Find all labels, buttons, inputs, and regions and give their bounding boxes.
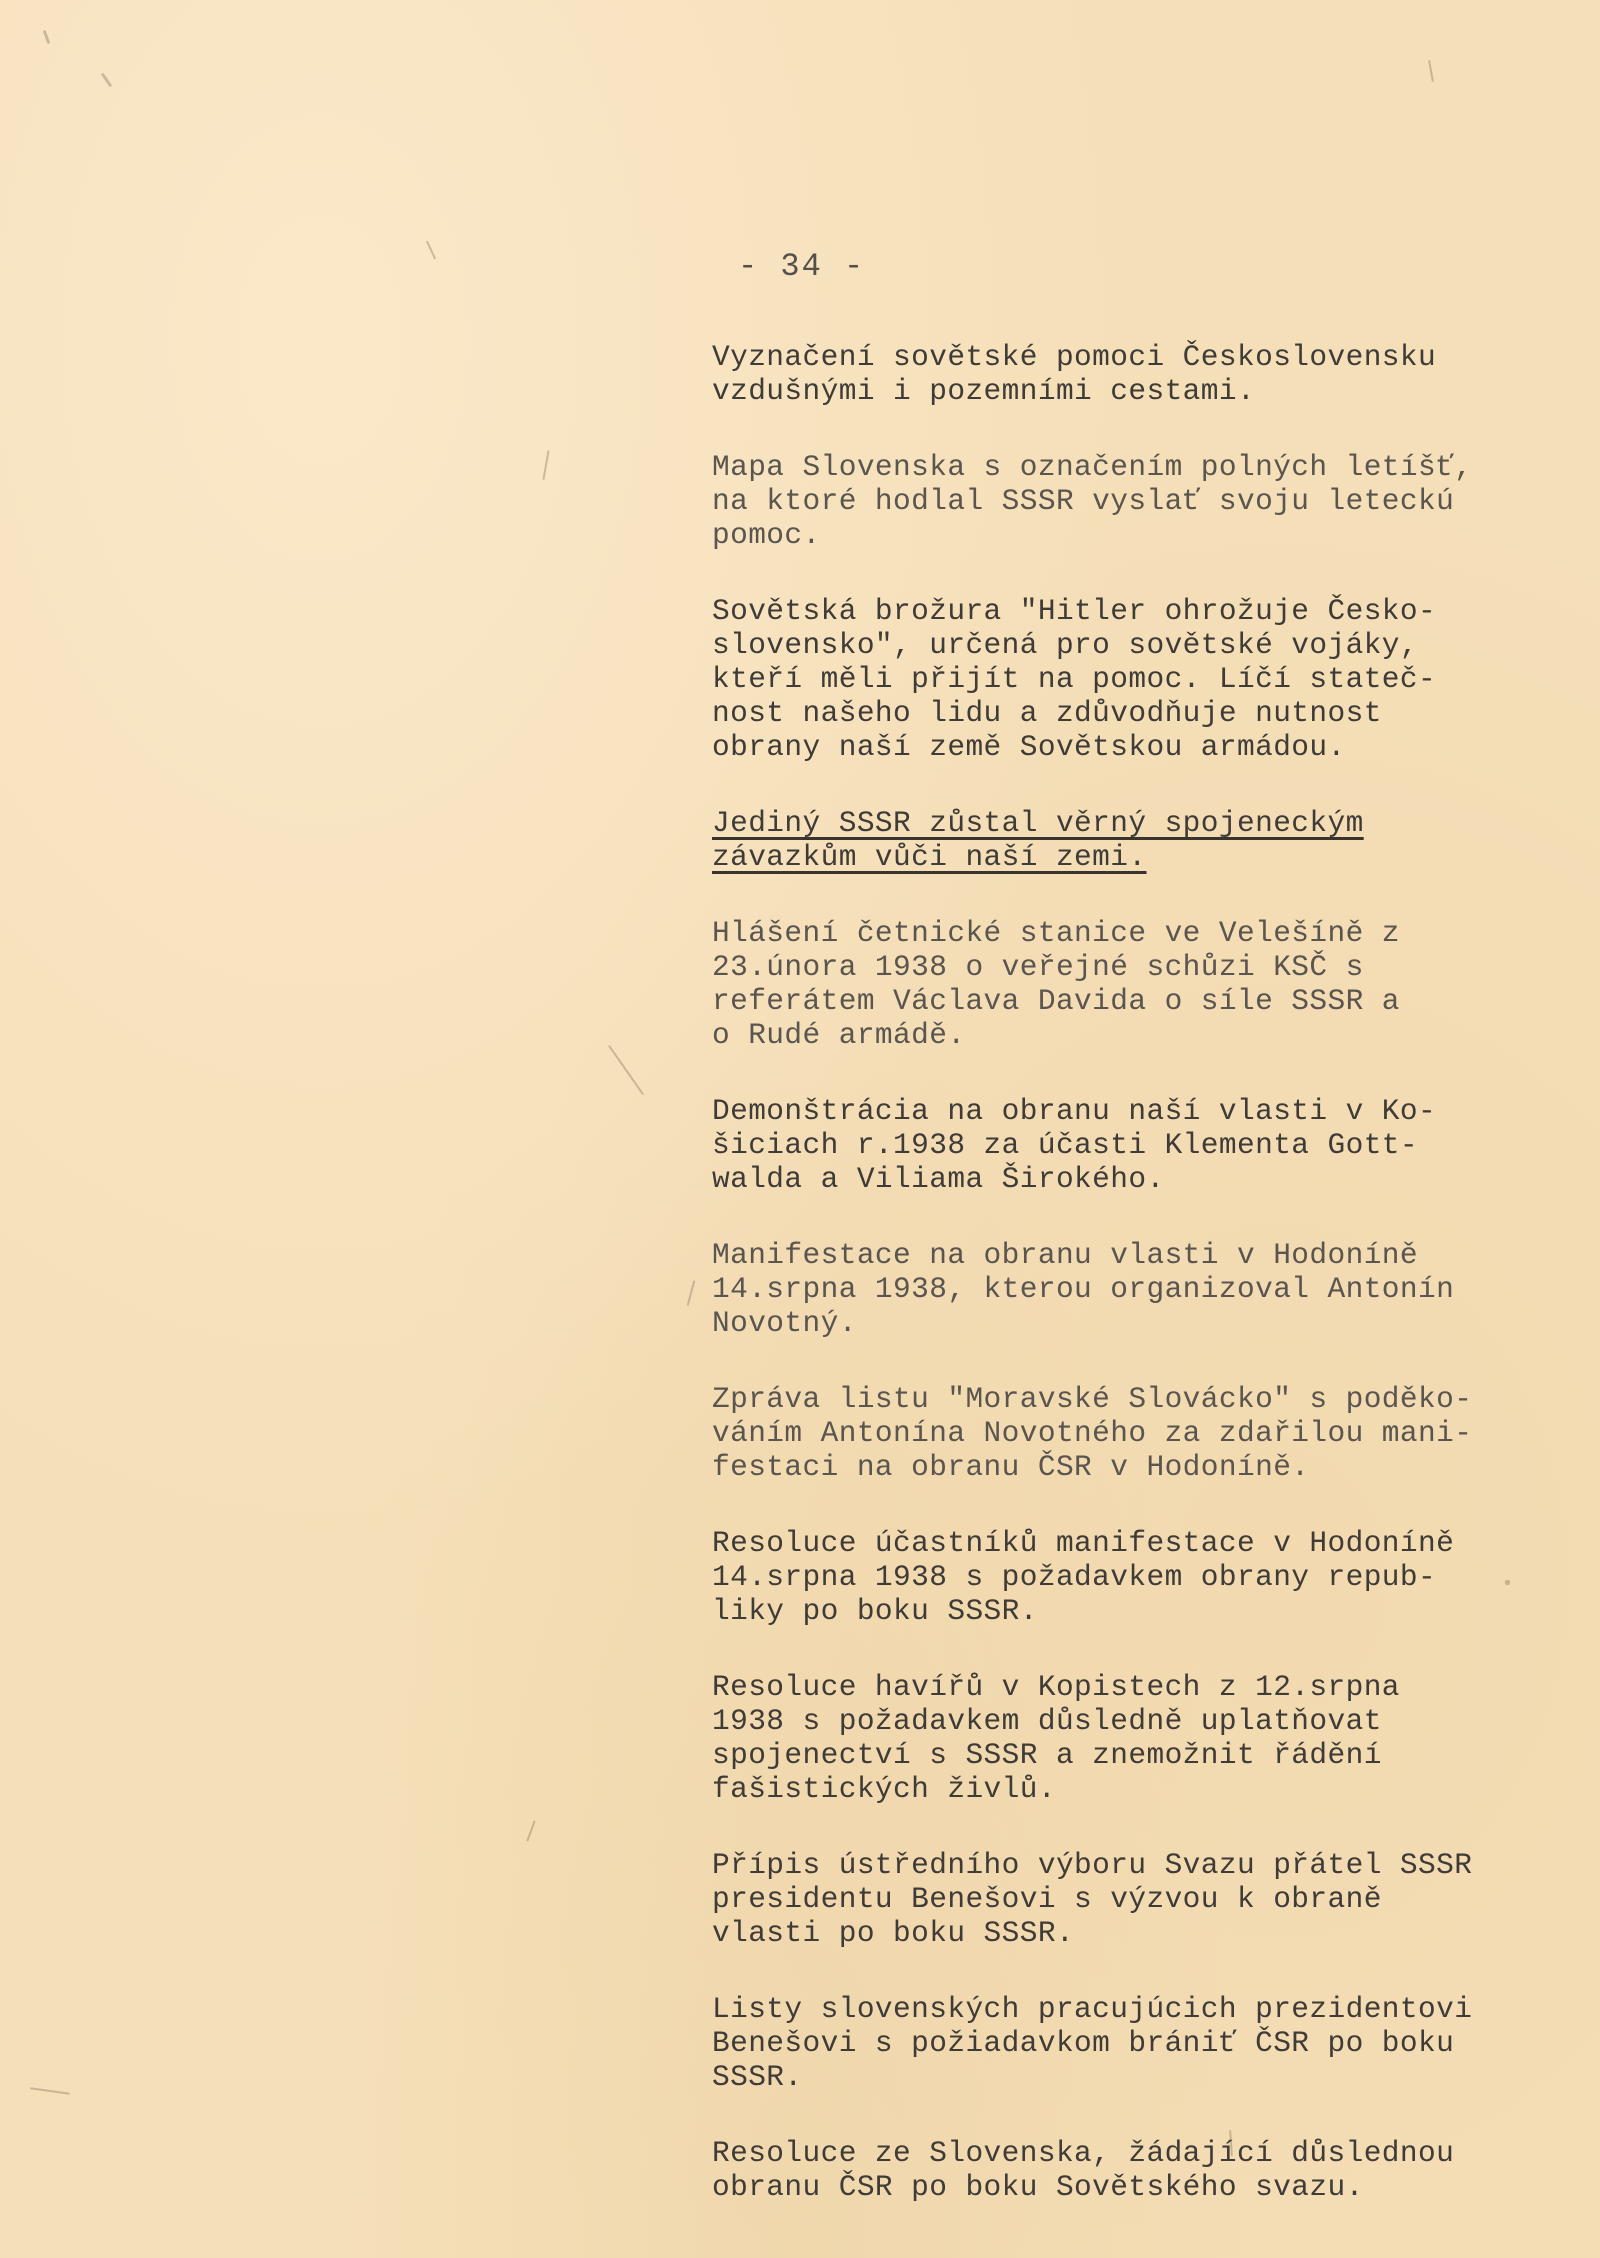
paper-fiber	[526, 1820, 535, 1841]
paper-fiber	[542, 450, 549, 480]
paper-fiber	[687, 1280, 696, 1306]
paragraph-moravske-slovacko-report: Zpráva listu "Moravské Slovácko" s poděk…	[712, 1382, 1592, 1484]
paragraph-hodonin-resolution: Resoluce účastníků manifestace v Hodonín…	[712, 1526, 1592, 1628]
paper-fiber	[426, 241, 436, 260]
page-number: - 34 -	[738, 248, 865, 285]
paragraph-friends-of-ussr-letter: Přípis ústředního výboru Svazu přátel SS…	[712, 1848, 1592, 1950]
paragraph-hodonin-manifestation: Manifestace na obranu vlasti v Hodoníně …	[712, 1238, 1592, 1340]
paragraph-soviet-brochure: Sovětská brožura "Hitler ohrožuje Česko-…	[712, 594, 1592, 764]
paragraph-kosice-demonstration: Demonštrácia na obranu naší vlasti v Ko-…	[712, 1094, 1592, 1196]
paper-fiber	[608, 1045, 644, 1095]
paper-fiber	[1428, 60, 1434, 82]
paper-fiber	[30, 2087, 70, 2095]
paragraph-slovakia-resolution: Resoluce ze Slovenska, žádající důsledno…	[712, 2136, 1592, 2204]
paragraph-soviet-aid-routes: Vyznačení sovětské pomoci Československu…	[712, 340, 1592, 408]
section-heading-ussr-loyal: Jediný SSSR zůstal věrný spojeneckým záv…	[712, 806, 1592, 874]
paper-fiber	[43, 30, 51, 44]
paragraph-slovakia-airfields-map: Mapa Slovenska s označením polných letíš…	[712, 450, 1592, 552]
paragraph-gendarmerie-report: Hlášení četnické stanice ve Velešíně z 2…	[712, 916, 1592, 1052]
document-body: Vyznačení sovětské pomoci Československu…	[712, 340, 1592, 2246]
paper-fiber	[101, 73, 113, 88]
paragraph-kopisty-miners-resolution: Resoluce havířů v Kopistech z 12.srpna 1…	[712, 1670, 1592, 1806]
paragraph-slovak-workers-letters: Listy slovenských pracujúcich prezidento…	[712, 1992, 1592, 2094]
